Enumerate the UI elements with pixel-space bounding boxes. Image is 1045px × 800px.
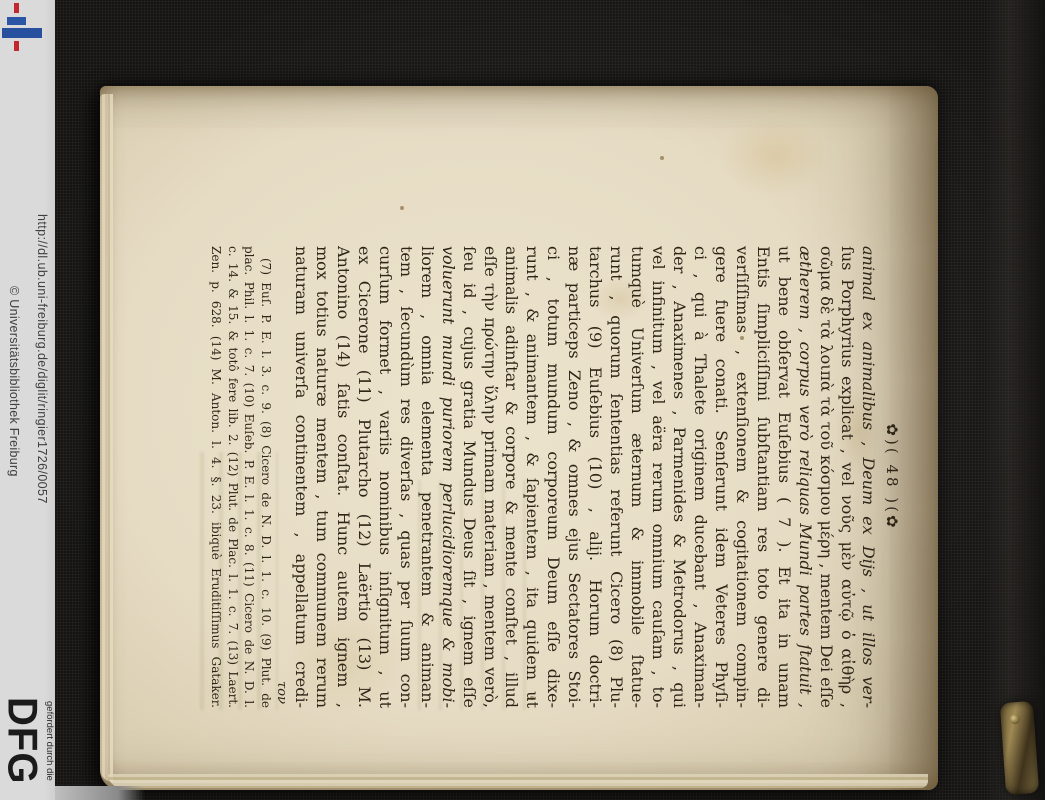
registration-red-bar [14, 3, 19, 13]
dfg-funding-caption: gefördert durch die [44, 701, 55, 781]
footnote-line: plac. Phil. l. 1. c. 7. (10) Euſeb. P. E… [241, 246, 258, 708]
page-number-ornament: ✿)( 48 )(✿ [883, 423, 901, 530]
paper-speck [660, 156, 664, 160]
text-line: ex Cicerone (11) Plutarcho (12) Laërtio … [354, 246, 375, 708]
text-line: ſeu id , cujus gratia Mundus Deus ſit , … [459, 246, 480, 708]
text-line: runt , & animantem , & ſapientem , ita q… [522, 246, 543, 708]
book-cover-edge [985, 0, 1045, 800]
registration-red-bar [14, 41, 19, 51]
book-page: ✿)( 48 )(✿ animal ex animalibus , Deum e… [100, 86, 938, 790]
text-line: mox totius naturæ mentem , tum communem … [312, 246, 333, 708]
text-line: ſus Porphyrius explicat , vel νοῦς μὲν α… [837, 246, 858, 708]
text-line: gere fuere conati. Senſerunt idem Vetere… [711, 246, 732, 708]
text-line: naturam univerſa continentem , appellatu… [291, 246, 312, 708]
text-line: voluerunt mundi puriorem perlucidioremqu… [438, 246, 459, 708]
text-line: ci , totum mundum corporeum Deum eſſe di… [543, 246, 564, 708]
text-line: curſum formet , variis nominibus inſigni… [375, 246, 396, 708]
paper-stain [720, 116, 830, 196]
book-clasp [1000, 701, 1039, 795]
color-registration-mark [0, 0, 55, 55]
text-line: ut bene obſervat Euſebius ( 7 ). Et ita … [774, 246, 795, 708]
text-line: ætherem , corpus verò reliquas Mundi par… [795, 246, 816, 708]
text-line: liorem , omnia elementa penetrantem & an… [417, 246, 438, 708]
dfg-logo: DFG [0, 697, 45, 784]
text-line: tumquè Univerſum æternum & immobile ſtat… [627, 246, 648, 708]
page-content: ✿)( 48 )(✿ animal ex animalibus , Deum e… [181, 246, 903, 708]
text-line: Entis ſimpliciſſimi ſubſtantiam res toto… [753, 246, 774, 708]
source-url: http://dl.ub.uni-freiburg.de/diglit/ring… [35, 214, 49, 504]
text-line: vel infinitum , vel aëra rerum omnium ca… [648, 246, 669, 708]
catchword: τον [274, 681, 289, 704]
catchword-row: τον [275, 246, 291, 708]
registration-blue-bar [2, 28, 42, 38]
book-scan-image: ✿)( 48 )(✿ animal ex animalibus , Deum e… [0, 0, 1045, 800]
footnote-line: Zen. p. 628. (14) M. Anton. l. 4. §. 23.… [208, 246, 225, 708]
text-line: animalis adinſtar & corpore & mente conſ… [501, 246, 522, 708]
text-line: verſiſſimas , extenſionem & cogitationem… [732, 246, 753, 708]
footnote-line: (7) Euſ. P. E. l. 3. c. 9. (8) Cicero de… [257, 246, 274, 708]
page-stack-edge-bottom [108, 774, 928, 788]
text-line: tarchus (9) Euſebius (10) , alij. Horum … [585, 246, 606, 708]
page-stack-edge-left [100, 94, 113, 782]
paper-speck [400, 206, 404, 210]
page-header: ✿)( 48 )(✿ [881, 246, 903, 708]
text-line: tem , ſecundùm res diverſas , quas per ſ… [396, 246, 417, 708]
footnote-line: c. 14. & 15. & totô fere lib. 2. (12) Pl… [224, 246, 241, 708]
main-text: animal ex animalibus , Deum ex Dijs , ut… [291, 246, 879, 708]
text-line: runt , quorum ſententias referunt Cicero… [606, 246, 627, 708]
text-line: eſſe τὴν πρώτην ὕλην primam materiam , m… [480, 246, 501, 708]
text-line: Antonino (14) ſatis conſtat. Hunc autem … [333, 246, 354, 708]
text-line: næ particeps Zeno , & omnes ejus Sectato… [564, 246, 585, 708]
copyright-notice: © Universitätsbibliothek Freiburg [7, 286, 21, 477]
text-line: der , Anaximenes , Parmenides & Metrodor… [669, 246, 690, 708]
text-line: σῶμα δὲ τὰ λοιπὰ τὰ τοῦ κόσμου μέρη , me… [816, 246, 837, 708]
scan-sidebar: http://dl.ub.uni-freiburg.de/diglit/ring… [0, 0, 55, 800]
scanner-bed-corner [55, 786, 145, 800]
footnotes: (7) Euſ. P. E. l. 3. c. 9. (8) Cicero de… [208, 246, 274, 708]
text-line: animal ex animalibus , Deum ex Dijs , ut… [858, 246, 879, 708]
registration-blue-bar [7, 17, 26, 25]
text-line: ci , qui à Thalete originem ducebant , A… [690, 246, 711, 708]
